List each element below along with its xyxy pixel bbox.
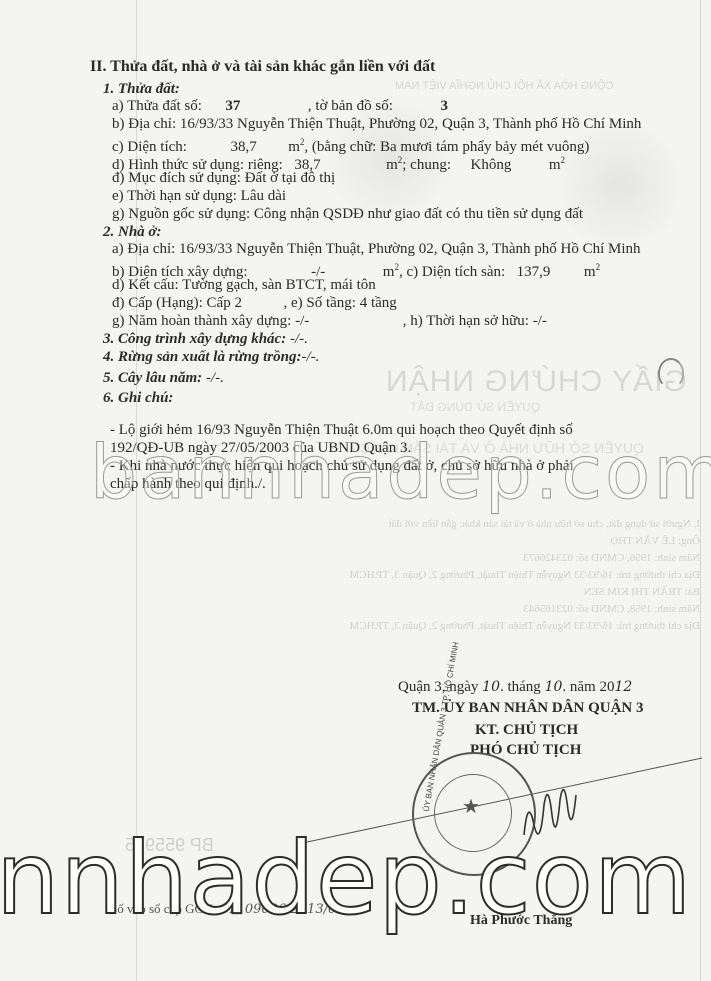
month-label: . tháng xyxy=(500,679,545,695)
shared-label: ; chung: xyxy=(402,157,451,173)
house-grade-row: đ) Cấp (Hạng): Cấp 2 , e) Số tầng: 4 tần… xyxy=(112,294,397,312)
notes-heading: 6. Ghi chú: xyxy=(103,389,173,407)
floor-area-unit: m xyxy=(584,264,596,280)
other-construction-row: 3. Công trình xây dựng khác: -/-. xyxy=(103,330,308,348)
production-forest-label: 4. Rừng sản xuất là rừng trồng: xyxy=(103,349,301,365)
production-forest-value: -/-. xyxy=(301,349,319,365)
issue-date: Quận 3, ngày 10. tháng 10. năm 2012 xyxy=(398,679,632,696)
parcel-number-value: 37 xyxy=(225,98,240,114)
house-address: a) Địa chỉ: 16/93/33 Nguyễn Thiện Thuật,… xyxy=(112,240,641,258)
land-address: b) Địa chỉ: 16/93/33 Nguyễn Thiện Thuật,… xyxy=(112,115,641,133)
issue-month: 10 xyxy=(545,679,563,695)
shared-unit: m xyxy=(549,157,561,173)
year-label: . năm 20 xyxy=(562,679,614,695)
land-purpose: đ) Mục đích sử dụng: Đất ở tại đô thị xyxy=(112,169,335,187)
parcel-number-label: a) Thửa đất số: xyxy=(112,98,202,114)
private-area-unit: m xyxy=(386,157,398,173)
house-structure: d) Kết cấu: Tường gạch, sàn BTCT, mái tô… xyxy=(112,276,376,294)
watermark-bottom: nnhadep.com xyxy=(0,820,692,937)
perennial-trees-row: 5. Cây lâu năm: -/-. xyxy=(103,369,224,387)
house-floors: , e) Số tầng: 4 tầng xyxy=(283,295,396,311)
perennial-trees-label: 5. Cây lâu năm: xyxy=(103,370,202,386)
signer-role-1: KT. CHỦ TỊCH xyxy=(475,722,578,739)
house-heading: 2. Nhà ở: xyxy=(103,223,161,241)
floor-area-value: 137,9 xyxy=(517,264,551,280)
other-construction-value: -/-. xyxy=(286,331,308,347)
section-title: II. Thửa đất, nhà ở và tài sản khác gắn … xyxy=(90,58,435,76)
land-heading: 1. Thửa đất: xyxy=(103,80,180,98)
map-sheet-label: , tờ bản đồ số: xyxy=(308,98,393,114)
land-term: e) Thời hạn sử dụng: Lâu dài xyxy=(112,187,286,205)
issue-day: 10 xyxy=(482,679,500,695)
perennial-trees-value: -/-. xyxy=(202,370,224,386)
production-forest-row: 4. Rừng sản xuất là rừng trồng:-/-. xyxy=(103,348,319,366)
house-completion-row: g) Năm hoàn thành xây dựng: -/- , h) Thờ… xyxy=(112,312,547,330)
construction-area-unit: m xyxy=(383,264,395,280)
land-parcel-row: a) Thửa đất số: 37 , tờ bản đồ số: 3 xyxy=(112,97,448,115)
issue-year-suffix: 12 xyxy=(614,679,632,695)
issue-place: Quận 3, ngày xyxy=(398,679,482,695)
house-grade: đ) Cấp (Hạng): Cấp 2 xyxy=(112,295,242,311)
watermark-top: bannhadep.com xyxy=(90,430,711,516)
map-sheet-value: 3 xyxy=(440,98,448,114)
land-origin: g) Nguồn gốc sử dụng: Công nhận QSDĐ như… xyxy=(112,205,583,223)
ownership-term: , h) Thời hạn sở hữu: -/- xyxy=(403,313,547,329)
seal-text: ỦY BAN NHÂN DÂN QUẬN 3 TP. HỒ CHÍ MINH xyxy=(422,801,433,812)
shared-value: Không xyxy=(471,157,512,173)
completion-year: g) Năm hoàn thành xây dựng: -/- xyxy=(112,313,309,329)
other-construction-label: 3. Công trình xây dựng khác: xyxy=(103,331,286,347)
floor-area-label: , c) Diện tích sàn: xyxy=(399,264,505,280)
